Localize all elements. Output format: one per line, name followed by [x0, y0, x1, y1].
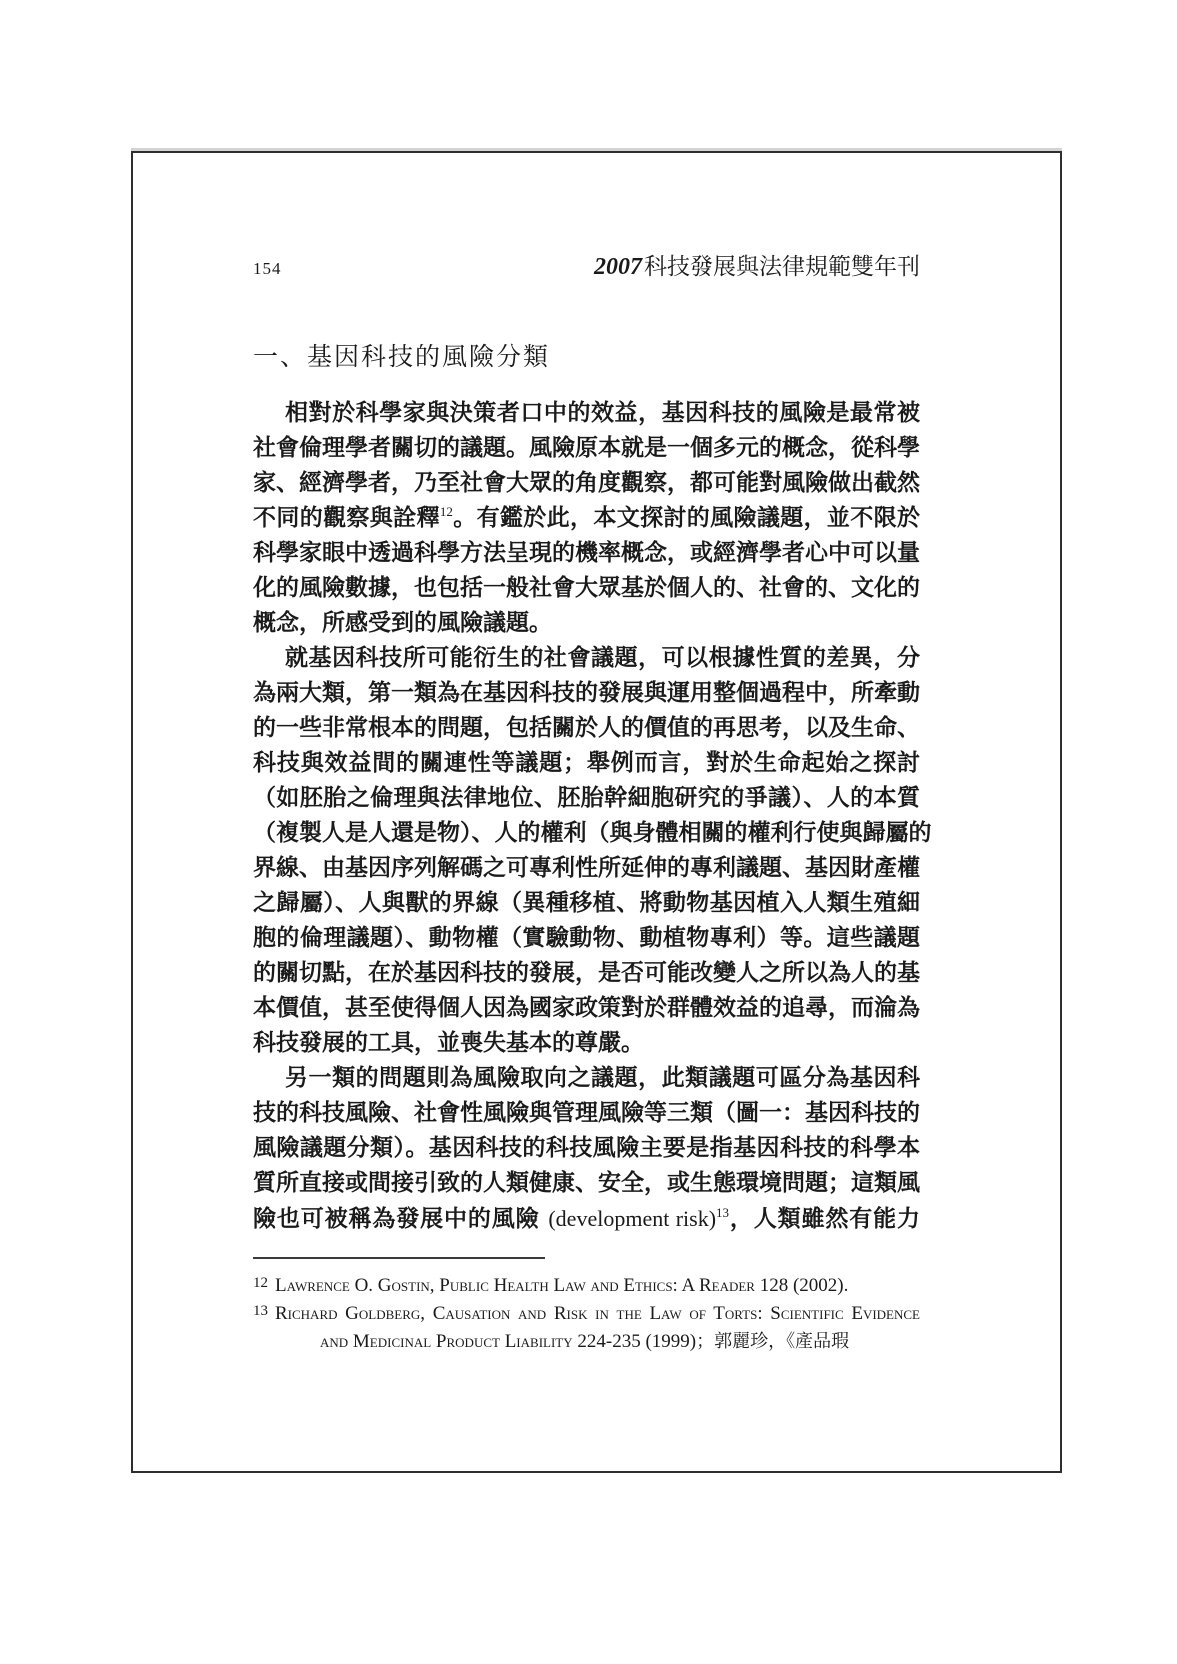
body-line: 相對於科學家與決策者口中的效益，基因科技的風險是最常被: [253, 396, 920, 431]
footnote-ref: 13: [716, 1205, 729, 1220]
footnote-text: Richard Goldberg, Causation and Risk in …: [275, 1300, 920, 1356]
body-line: 概念，所感受到的風險議題。: [253, 606, 920, 641]
footnote-item: 12Lawrence O. Gostin, Public Health Law …: [253, 1272, 920, 1300]
body-line: （如胚胎之倫理與法律地位、胚胎幹細胞研究的爭議）、人的本質: [253, 781, 920, 816]
body-line: （複製人是人還是物）、人的權利（與身體相關的權利行使與歸屬的: [253, 816, 920, 851]
body-line: 為兩大類，第一類為在基因科技的發展與運用整個過程中，所牽動: [253, 676, 920, 711]
footnote-separator: [253, 1257, 545, 1259]
body-line: 技的科技風險、社會性風險與管理風險等三類（圖一：基因科技的: [253, 1096, 920, 1131]
journal-name: 科技發展與法律規範雙年刊: [644, 254, 920, 280]
footnote-text: Lawrence O. Gostin, Public Health Law an…: [275, 1272, 920, 1300]
body-line: 家、經濟學者，乃至社會大眾的角度觀察，都可能對風險做出截然: [253, 466, 920, 501]
body-line: 就基因科技所可能衍生的社會議題，可以根據性質的差異，分: [253, 641, 920, 676]
body-line: 險也可被稱為發展中的風險 (development risk)13，人類雖然有能…: [253, 1201, 920, 1236]
page-header: 154 2007科技發展與法律規範雙年刊: [253, 248, 920, 281]
footnote-number: 13: [253, 1300, 275, 1320]
footnotes: 12Lawrence O. Gostin, Public Health Law …: [253, 1272, 920, 1356]
journal-title: 2007科技發展與法律規範雙年刊: [594, 248, 920, 281]
body-line: 的一些非常根本的問題，包括關於人的價值的再思考，以及生命、: [253, 711, 920, 746]
paragraph: 相對於科學家與決策者口中的效益，基因科技的風險是最常被社會倫理學者關切的議題。風…: [253, 396, 920, 641]
body-line: 界線、由基因序列解碼之可專利性所延伸的專利議題、基因財產權: [253, 851, 920, 886]
body-line: 社會倫理學者關切的議題。風險原本就是一個多元的概念，從科學: [253, 431, 920, 466]
body-line: 科技發展的工具，並喪失基本的尊嚴。: [253, 1026, 920, 1061]
scanned-journal-page: { "page": { "number": "154", "header": {…: [0, 0, 1177, 1664]
page-number: 154: [253, 259, 282, 279]
footnote-number: 12: [253, 1272, 275, 1292]
journal-year: 2007: [594, 254, 642, 280]
body-line: 化的風險數據，也包括一般社會大眾基於個人的、社會的、文化的: [253, 571, 920, 606]
body-line: 另一類的問題則為風險取向之議題，此類議題可區分為基因科: [253, 1061, 920, 1096]
footnote-cjk-text: ；郭麗珍，《產品瑕: [696, 1331, 849, 1352]
footnote-item: 13Richard Goldberg, Causation and Risk i…: [253, 1300, 920, 1356]
body-line: 的關切點，在於基因科技的發展，是否可能改變人之所以為人的基: [253, 956, 920, 991]
paragraph: 就基因科技所可能衍生的社會議題，可以根據性質的差異，分為兩大類，第一類為在基因科…: [253, 641, 920, 1061]
body-line: 胞的倫理議題）、動物權（實驗動物、動植物專利）等。這些議題: [253, 921, 920, 956]
body-line: 質所直接或間接引致的人類健康、安全，或生態環境問題；這類風: [253, 1166, 920, 1201]
body-line: 之歸屬）、人與獸的界線（異種移植、將動物基因植入人類生殖細: [253, 886, 920, 921]
paragraph: 另一類的問題則為風險取向之議題，此類議題可區分為基因科技的科技風險、社會性風險與…: [253, 1061, 920, 1236]
body-line: 科技與效益間的關連性等議題；舉例而言，對於生命起始之探討: [253, 746, 920, 781]
body-line: 本價值，甚至使得個人因為國家政策對於群體效益的追尋，而淪為: [253, 991, 920, 1026]
body-line: 風險議題分類）。基因科技的科技風險主要是指基因科技的科學本: [253, 1131, 920, 1166]
body-text: 相對於科學家與決策者口中的效益，基因科技的風險是最常被社會倫理學者關切的議題。風…: [253, 396, 920, 1236]
section-heading: 一、基因科技的風險分類: [253, 337, 550, 373]
body-line: 科學家眼中透過科學方法呈現的機率概念，或經濟學者心中可以量: [253, 536, 920, 571]
footnote-ref: 12: [440, 504, 453, 519]
body-line: 不同的觀察與詮釋12。有鑑於此，本文探討的風險議題，並不限於: [253, 501, 920, 536]
